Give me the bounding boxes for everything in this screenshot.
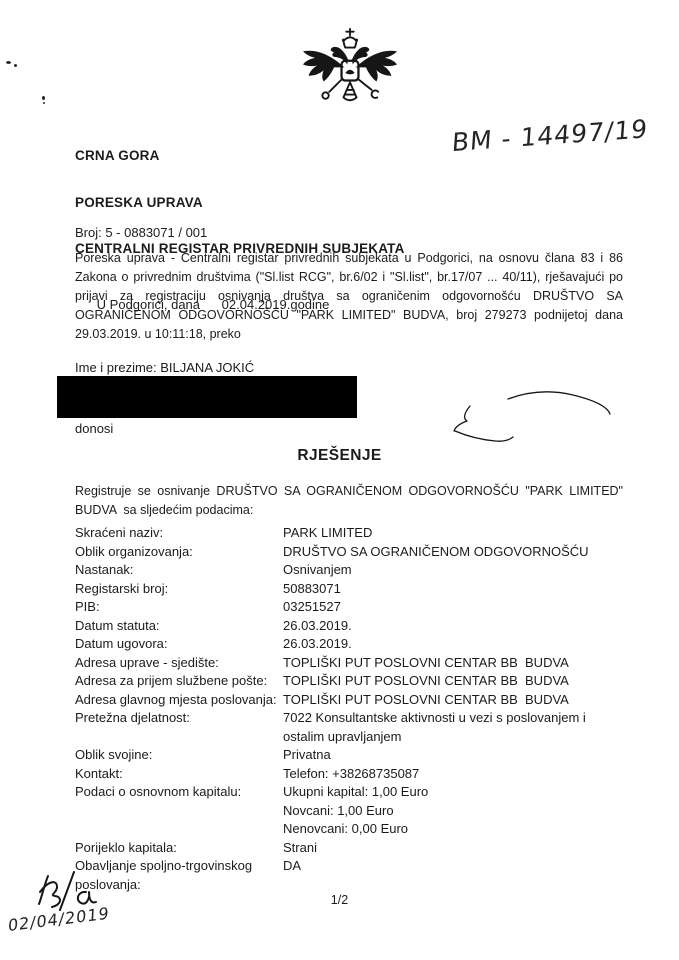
pen-scribble [440,380,640,455]
coat-of-arms-icon [292,26,408,125]
scan-speck [14,64,17,67]
detail-value: TOPLIŠKI PUT POSLOVNI CENTAR BB BUDVA [283,672,569,691]
decision-title: RJEŠENJE [0,447,679,465]
detail-value: Strani [283,839,317,858]
detail-label: Oblik organizovanja: [75,543,283,562]
scan-speck [42,96,45,100]
table-row: PIB:03251527 [75,598,655,617]
handwritten-reference: BM - 14497/19 [451,114,649,157]
table-row: Adresa glavnog mjesta poslovanja:TOPLIŠK… [75,691,655,710]
header-country: CRNA GORA [75,148,405,164]
table-row: Registarski broj:50883071 [75,580,655,599]
table-row: Porijeklo kapitala:Strani [75,839,655,858]
detail-label: Oblik svojine: [75,746,283,765]
detail-label: Skraćeni naziv: [75,524,283,543]
table-row: Kontakt:Telefon: +38268735087 [75,765,655,784]
detail-value: 26.03.2019. [283,635,352,654]
applicant-line: Ime i prezime: BILJANA JOKIĆ [75,360,254,375]
table-row: poslovanja: [75,876,655,895]
detail-label: Adresa glavnog mjesta poslovanja: [75,691,283,710]
scan-speck [43,102,45,104]
footer-page-number: 1/2 [0,893,679,907]
table-row: Novcani: 1,00 Euro [75,802,655,821]
scan-speck [6,61,11,64]
table-row: Datum ugovora:26.03.2019. [75,635,655,654]
detail-value: Telefon: +38268735087 [283,765,419,784]
detail-label: Datum statuta: [75,617,283,636]
detail-label [75,802,283,821]
table-row: Skraćeni naziv:PARK LIMITED [75,524,655,543]
detail-value: Novcani: 1,00 Euro [283,802,394,821]
detail-value: TOPLIŠKI PUT POSLOVNI CENTAR BB BUDVA [283,654,569,673]
table-row: Oblik svojine:Privatna [75,746,655,765]
detail-value: TOPLIŠKI PUT POSLOVNI CENTAR BB BUDVA [283,691,569,710]
table-row: ostalim upravljanjem [75,728,655,747]
table-row: Adresa za prijem službene pošte:TOPLIŠKI… [75,672,655,691]
detail-value: ostalim upravljanjem [283,728,402,747]
detail-label: Adresa uprave - sjedište: [75,654,283,673]
detail-label: Adresa za prijem službene pošte: [75,672,283,691]
detail-value: DRUŠTVO SA OGRANIČENOM ODGOVORNOŠĆU [283,543,589,562]
decision-paragraph: Registruje se osnivanje DRUŠTVO SA OGRAN… [75,482,623,520]
redaction-bar [57,376,357,418]
detail-label: Porijeklo kapitala: [75,839,283,858]
document-page: BM - 14497/19 CRNA GORA PORESKA UPRAVA C… [0,0,679,960]
donosi-text: donosi [75,421,113,436]
table-row: Pretežna djelatnost:7022 Konsultantske a… [75,709,655,728]
table-row: Podaci o osnovnom kapitalu:Ukupni kapita… [75,783,655,802]
detail-value: PARK LIMITED [283,524,372,543]
detail-value: 03251527 [283,598,341,617]
case-number-line: Broj: 5 - 0883071 / 001 [75,224,329,242]
detail-value: Osnivanjem [283,561,352,580]
detail-label: Nastanak: [75,561,283,580]
detail-value: 50883071 [283,580,341,599]
detail-value: 7022 Konsultantske aktivnosti u vezi s p… [283,709,586,728]
table-row: Oblik organizovanja:DRUŠTVO SA OGRANIČEN… [75,543,655,562]
table-row: Obavljanje spoljno-trgovinskogDA [75,857,655,876]
detail-label: Datum ugovora: [75,635,283,654]
detail-label [75,820,283,839]
detail-value: DA [283,857,301,876]
table-row: Nastanak:Osnivanjem [75,561,655,580]
intro-paragraph: Poreska uprava - Centralni registar priv… [75,249,623,344]
table-row: Adresa uprave - sjedište:TOPLIŠKI PUT PO… [75,654,655,673]
table-row: Nenovcani: 0,00 Euro [75,820,655,839]
detail-value: Ukupni kapital: 1,00 Euro [283,783,428,802]
detail-label: Pretežna djelatnost: [75,709,283,728]
detail-value: Nenovcani: 0,00 Euro [283,820,408,839]
detail-value: 26.03.2019. [283,617,352,636]
table-row: Datum statuta:26.03.2019. [75,617,655,636]
detail-label: Kontakt: [75,765,283,784]
detail-label: Registarski broj: [75,580,283,599]
detail-value: Privatna [283,746,331,765]
details-table: Skraćeni naziv:PARK LIMITED Oblik organi… [75,524,655,894]
detail-label: Podaci o osnovnom kapitalu: [75,783,283,802]
detail-label [75,728,283,747]
detail-label: PIB: [75,598,283,617]
